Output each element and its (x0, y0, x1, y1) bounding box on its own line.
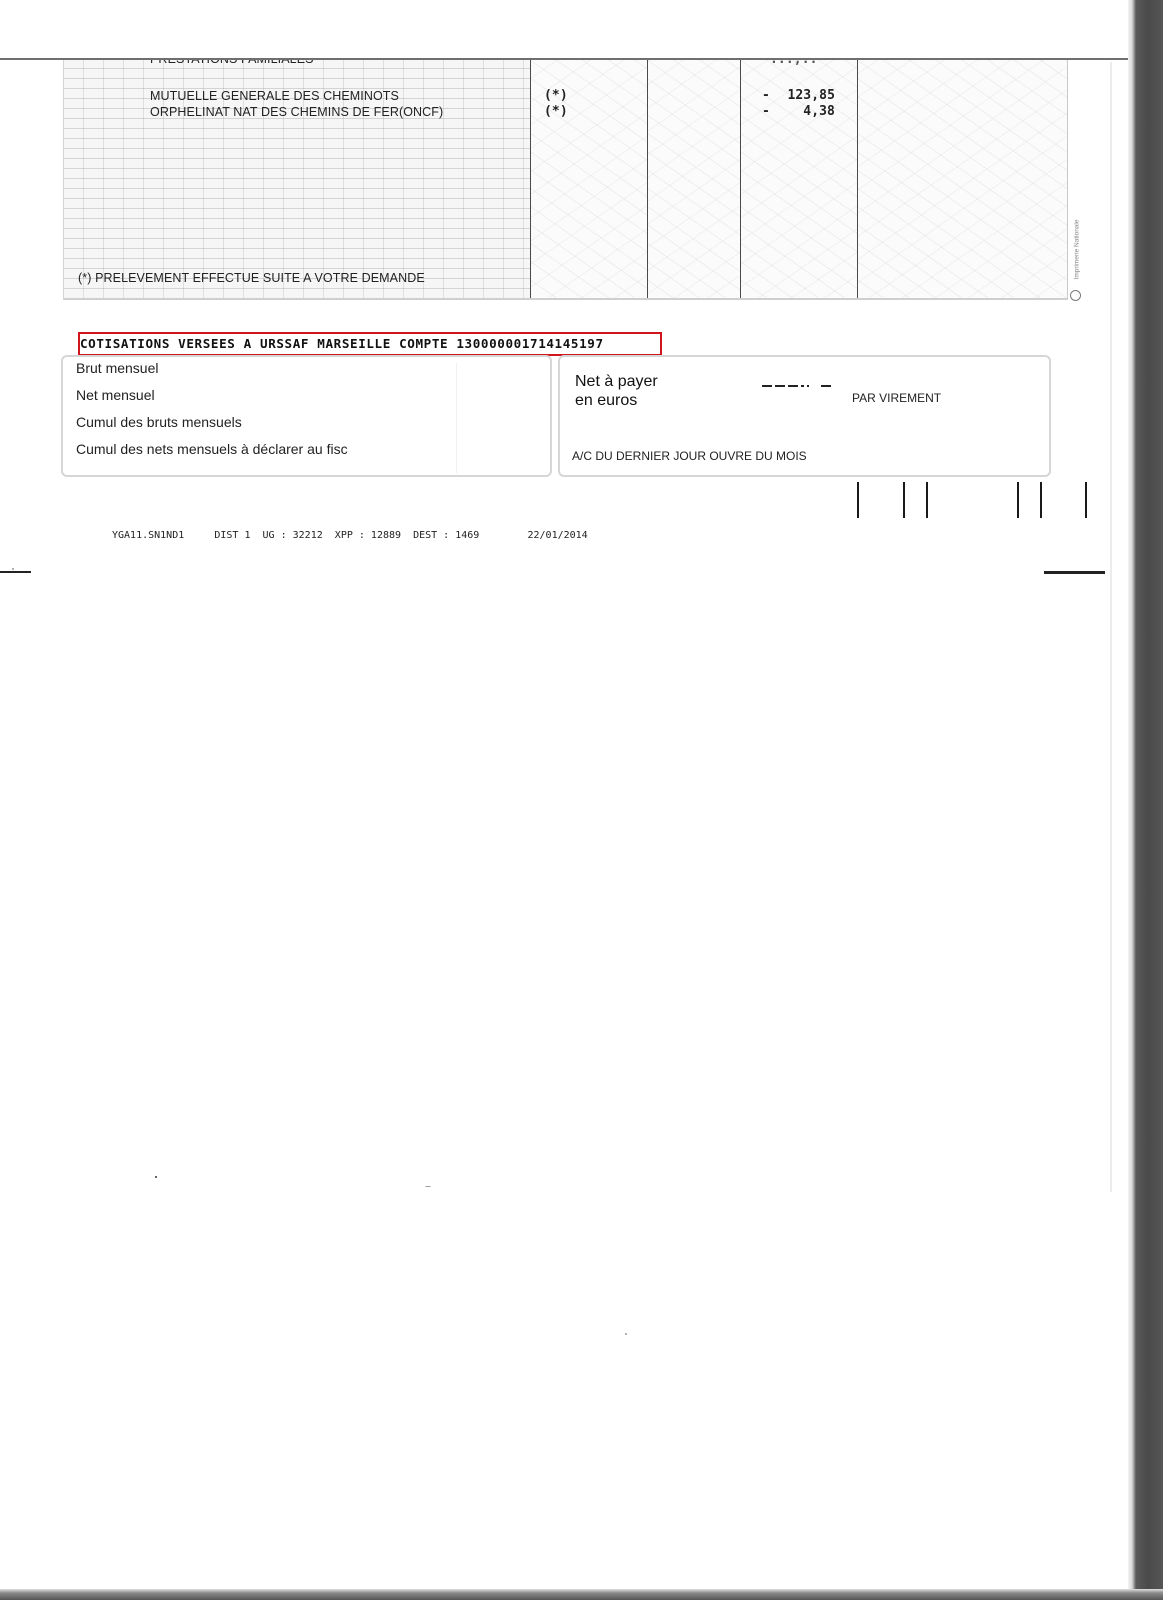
column-divider (647, 60, 648, 298)
row-flag: (*) (544, 104, 568, 119)
row-amount: 123,85 (787, 88, 835, 103)
net-a-payer-label: Net à payer en euros (575, 372, 658, 410)
redacted-values (456, 363, 515, 473)
table-footnote: (*) PRELEVEMENT EFFECTUE SUITE A VOTRE D… (78, 271, 425, 285)
omr-mark (903, 482, 905, 518)
footer-date: 22/01/2014 (527, 530, 587, 541)
urssaf-heading-highlight: COTISATIONS VERSEES A URSSAF MARSEILLE C… (78, 332, 662, 356)
print-reference-line: YGA11.SN1ND1 DIST 1 UG : 32212 XPP : 128… (112, 530, 588, 541)
net-amount-redacted (762, 385, 840, 388)
partial-row-amount-text: ...,.. (770, 60, 840, 67)
omr-mark (926, 482, 928, 518)
omr-mark (857, 482, 859, 518)
printer-mark: Imprimerie Nationale (1069, 206, 1081, 302)
scan-speck (155, 1176, 157, 1178)
omr-mark (1085, 482, 1087, 518)
column-divider (857, 60, 858, 298)
omr-mark (1017, 482, 1019, 518)
net-to-pay-box: Net à payer en euros PAR VIREMENT A/C DU… (558, 355, 1051, 477)
fold-mark-right (1044, 571, 1105, 574)
footer-ug: UG : 32212 (263, 530, 323, 541)
fold-mark-left (0, 571, 31, 573)
scanner-bottom-border (0, 1589, 1163, 1600)
base-column (648, 60, 740, 298)
urssaf-heading: COTISATIONS VERSEES A URSSAF MARSEILLE C… (80, 336, 604, 351)
brut-mensuel-label: Brut mensuel (76, 360, 158, 376)
footer-dest: DEST : 1469 (413, 530, 479, 541)
cumul-nets-label: Cumul des nets mensuels à déclarer au fi… (76, 441, 348, 457)
scan-speck (625, 1333, 627, 1335)
row-sign: - (762, 104, 770, 119)
net-a-payer-line2: en euros (575, 391, 658, 410)
row-flag: (*) (544, 88, 568, 103)
row-amount: 4,38 (803, 104, 835, 119)
scan-speck (12, 568, 14, 570)
net-a-payer-line1: Net à payer (575, 372, 658, 391)
net-mensuel-label: Net mensuel (76, 387, 155, 403)
footer-code: YGA11.SN1ND1 (112, 530, 184, 541)
scanner-right-border (1128, 0, 1163, 1600)
employer-column (858, 60, 1067, 298)
partial-row-label-text: PRESTATIONS FAMILIALES (150, 60, 350, 66)
column-divider (740, 60, 741, 298)
page-right-shadow (1110, 62, 1112, 1192)
row-label-mutuelle: MUTUELLE GENERALE DES CHEMINOTS (150, 89, 399, 103)
column-divider (530, 60, 531, 298)
payment-date-note: A/C DU DERNIER JOUR OUVRE DU MOIS (572, 449, 807, 463)
deductions-table: PRESTATIONS FAMILIALES ...,.. MUTUELLE G… (63, 60, 1068, 300)
footer-xpp: XPP : 12889 (335, 530, 401, 541)
partial-row-amount: ...,.. (770, 60, 840, 68)
footer-dist: DIST 1 (214, 530, 250, 541)
cumul-bruts-label: Cumul des bruts mensuels (76, 414, 242, 430)
scan-speck (425, 1186, 431, 1187)
row-sign: - (762, 88, 770, 103)
printer-seal-icon (1070, 290, 1081, 301)
row-label-orphelinat: ORPHELINAT NAT DES CHEMINS DE FER(ONCF) (150, 105, 443, 119)
omr-mark (1040, 482, 1042, 518)
printer-mark-text: Imprimerie Nationale (1074, 202, 1081, 298)
partial-row-label: PRESTATIONS FAMILIALES (150, 60, 350, 68)
payment-method: PAR VIREMENT (852, 391, 941, 405)
salary-summary-box: Brut mensuel Net mensuel Cumul des bruts… (61, 355, 552, 477)
